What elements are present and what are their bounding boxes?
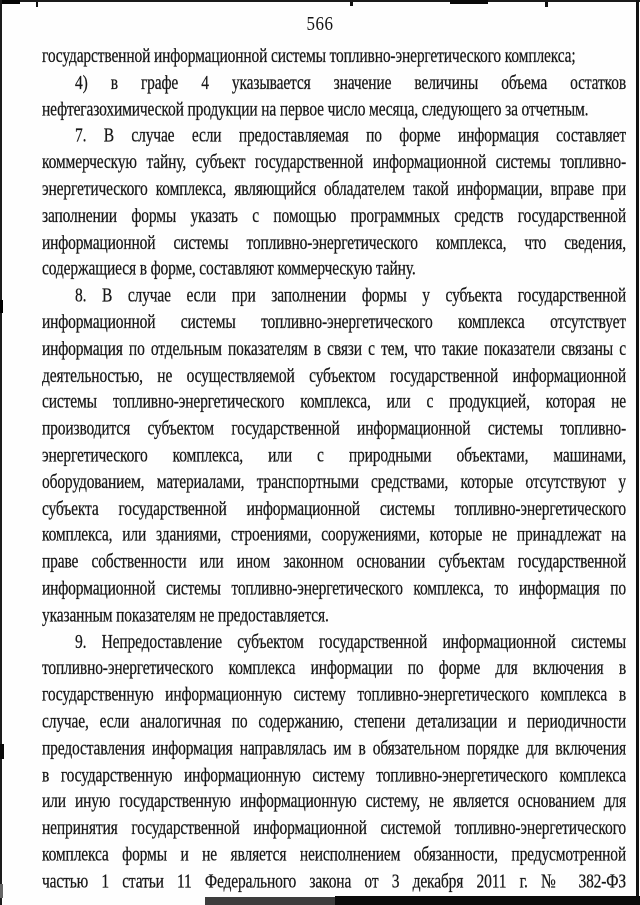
- text-line: информационной системы топливно-энергети…: [42, 576, 626, 603]
- text-line: энергетического комплекса, являющийся об…: [42, 177, 626, 204]
- text-line: энергетического комплекса, или с природн…: [42, 443, 626, 470]
- scan-border-bottom-bar: [335, 896, 640, 905]
- scan-tick-mark: [36, 2, 38, 7]
- paragraph-8: 8. В случае если при заполнении формы у …: [42, 284, 626, 630]
- text-line: государственную информационную систему т…: [42, 683, 626, 710]
- text-line: 4) в графе 4 указывается значение величи…: [42, 71, 626, 98]
- text-line: информация по отдельным показателям в св…: [42, 337, 626, 364]
- text-line: 8. В случае если при заполнении формы у …: [42, 284, 626, 311]
- scan-tick-mark: [545, 2, 548, 7]
- text-line: топливно-энергетического комплекса инфор…: [42, 656, 626, 683]
- text-line: указанным показателям не предоставляется…: [42, 603, 626, 630]
- text-line: нефтегазохимической продукции на первое …: [42, 97, 626, 124]
- text-line: содержащиеся в форме, составляют коммерч…: [42, 257, 626, 284]
- text-line: деятельностью, не осуществляемой субъект…: [42, 363, 626, 390]
- scanned-document-page: 566 государственной информационной систе…: [0, 0, 640, 905]
- text-line: комплекса формы и не является неисполнен…: [42, 843, 626, 870]
- text-line: предоставления информация направлялась и…: [42, 736, 626, 763]
- text-line: информационной системы топливно-энергети…: [42, 230, 626, 257]
- paragraph-7: 7. В случае если предоставляемая по форм…: [42, 124, 626, 284]
- text-line: субъекта государственной информационной …: [42, 497, 626, 524]
- text-line: частью 1 статьи 11 Федерального закона о…: [42, 869, 626, 896]
- text-line: системы топливно-энергетического комплек…: [42, 390, 626, 417]
- page-number: 566: [0, 12, 640, 36]
- paragraph-item-4: 4) в графе 4 указывается значение величи…: [42, 71, 626, 124]
- scan-border-top: [0, 0, 640, 2]
- text-line: или иную государственную информационную …: [42, 789, 626, 816]
- text-line: непринятия государственной информационно…: [42, 816, 626, 843]
- scan-border-top-artifact: [0, 0, 20, 4]
- scan-tick-mark: [350, 2, 353, 6]
- scan-border-top-artifact: [450, 0, 488, 4]
- scan-edge-blob: [0, 744, 4, 759]
- text-line: комплекса, или зданиями, строениями, соо…: [42, 523, 626, 550]
- text-line: коммерческую тайну, субъект государствен…: [42, 150, 626, 177]
- text-line: 9. Непредоставление субъектом государств…: [42, 630, 626, 657]
- text-line: производится субъектом государственной и…: [42, 417, 626, 444]
- text-line: случае, если аналогичная по содержанию, …: [42, 710, 626, 737]
- paragraph-item-3-end: государственной информационной системы т…: [42, 44, 626, 71]
- text-line: государственной информационной системы т…: [42, 44, 626, 71]
- text-line: информационной системы топливно-энергети…: [42, 310, 626, 337]
- text-line: праве собственности или ином законном ос…: [42, 550, 626, 577]
- text-line: оборудованием, материалами, транспортным…: [42, 470, 626, 497]
- scan-border-bottom-bar: [205, 897, 335, 905]
- scan-border-left: [0, 0, 2, 905]
- scan-border-right: [636, 0, 639, 905]
- document-text: государственной информационной системы т…: [42, 44, 626, 896]
- text-line: заполнении формы указать с помощью прогр…: [42, 204, 626, 231]
- scan-edge-blob: [0, 300, 3, 313]
- text-line: в государственную информационную систему…: [42, 763, 626, 790]
- text-line: 7. В случае если предоставляемая по форм…: [42, 124, 626, 151]
- paragraph-9: 9. Непредоставление субъектом государств…: [42, 630, 626, 896]
- scan-edge-blob: [0, 884, 3, 898]
